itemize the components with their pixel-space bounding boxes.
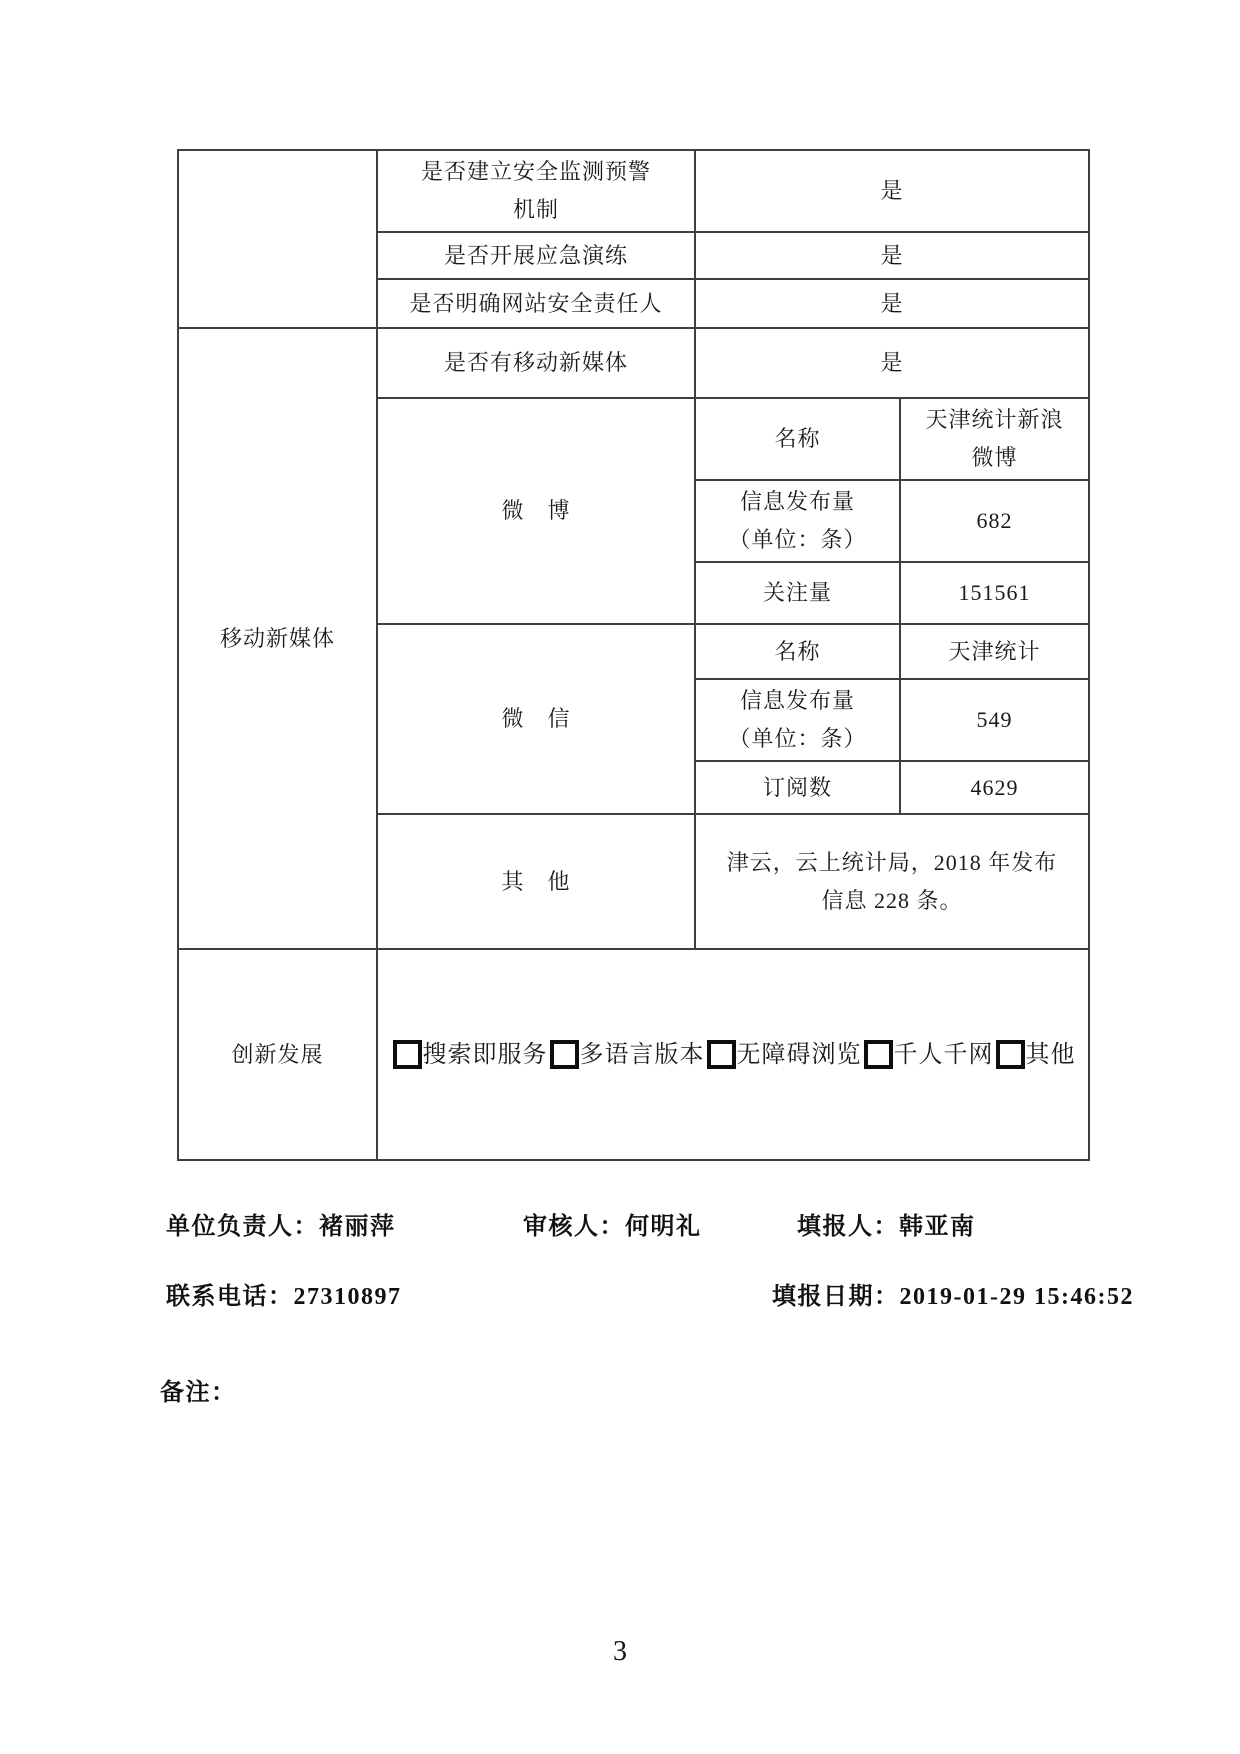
table-row: 创新发展 搜索即服务 多语言版本 无障碍浏览 千人千网 其他: [178, 949, 1089, 1160]
cell-weibo-name-label: 名称: [695, 398, 900, 480]
cell-emergency-drill-question: 是否开展应急演练: [377, 232, 695, 279]
cell-wechat-posts-value: 549: [900, 679, 1089, 761]
report-date-value: 2019-01-29 15:46:52: [900, 1284, 1134, 1310]
report-page: 是否建立安全监测预警 机制 是 是否开展应急演练 是 是否明确网站安全责任人 是…: [0, 0, 1240, 1754]
filler-label: 填报人：: [797, 1214, 899, 1240]
remarks-field: 备注：: [160, 1372, 237, 1407]
cell-section-innovation: 创新发展: [178, 949, 377, 1160]
reviewer-label: 审核人：: [523, 1214, 625, 1240]
cell-weibo-followers-label: 关注量: [695, 562, 900, 624]
cell-weibo-name-value: 天津统计新浪 微博: [900, 398, 1089, 480]
report-date-label: 填报日期：: [772, 1284, 900, 1310]
table-row: 是否建立安全监测预警 机制 是: [178, 150, 1089, 232]
cell-weibo-posts-value: 682: [900, 480, 1089, 562]
cell-section-mobile-media: 移动新媒体: [178, 328, 377, 949]
phone-label: 联系电话：: [166, 1284, 294, 1310]
innovation-option: 搜索即服务: [391, 1036, 548, 1074]
unit-head-field: 单位负责人：褚丽萍: [166, 1206, 396, 1241]
cell-emergency-drill-answer: 是: [695, 232, 1089, 279]
filler-field: 填报人：韩亚南: [797, 1206, 976, 1241]
cell-innovation-options: 搜索即服务 多语言版本 无障碍浏览 千人千网 其他: [377, 949, 1089, 1160]
innovation-option: 千人千网: [862, 1036, 994, 1074]
cell-other-media-label: 其 他: [377, 814, 695, 949]
checkbox-other-icon: [996, 1040, 1025, 1069]
cell-wechat-group: 微 信: [377, 624, 695, 814]
report-date-field: 填报日期：2019-01-29 15:46:52: [772, 1276, 1134, 1311]
cell-security-monitoring-answer: 是: [695, 150, 1089, 232]
cell-weibo-group: 微 博: [377, 398, 695, 624]
checkbox-label: 其他: [1026, 1036, 1076, 1074]
annual-report-table: 是否建立安全监测预警 机制 是 是否开展应急演练 是 是否明确网站安全责任人 是…: [177, 149, 1090, 1161]
phone-value: 27310897: [294, 1284, 402, 1310]
reviewer-field: 审核人：何明礼: [523, 1206, 702, 1241]
innovation-option: 其他: [994, 1036, 1076, 1074]
cell-weibo-posts-label: 信息发布量 （单位：条）: [695, 480, 900, 562]
reviewer-value: 何明礼: [625, 1214, 702, 1240]
cell-weibo-followers-value: 151561: [900, 562, 1089, 624]
unit-head-value: 褚丽萍: [319, 1214, 396, 1240]
innovation-option: 无障碍浏览: [705, 1036, 862, 1074]
cell-security-responsible-question: 是否明确网站安全责任人: [377, 279, 695, 328]
cell-wechat-posts-label: 信息发布量 （单位：条）: [695, 679, 900, 761]
cell-wechat-name-label: 名称: [695, 624, 900, 679]
checkbox-search-as-service-icon: [393, 1040, 422, 1069]
phone-field: 联系电话：27310897: [166, 1276, 402, 1311]
cell-security-responsible-answer: 是: [695, 279, 1089, 328]
table-row: 移动新媒体 是否有移动新媒体 是: [178, 328, 1089, 398]
checkbox-label: 搜索即服务: [423, 1036, 548, 1074]
innovation-option: 多语言版本: [548, 1036, 705, 1074]
checkbox-label: 多语言版本: [580, 1036, 705, 1074]
filler-value: 韩亚南: [899, 1214, 976, 1240]
unit-head-label: 单位负责人：: [166, 1214, 319, 1240]
cell-wechat-name-value: 天津统计: [900, 624, 1089, 679]
checkbox-multilingual-icon: [550, 1040, 579, 1069]
cell-section-continuation-blank: [178, 150, 377, 328]
checkbox-label: 无障碍浏览: [737, 1036, 862, 1074]
cell-wechat-subscribers-value: 4629: [900, 761, 1089, 814]
checkbox-accessibility-icon: [707, 1040, 736, 1069]
cell-has-mobile-media-answer: 是: [695, 328, 1089, 398]
cell-other-media-value: 津云，云上统计局，2018 年发布 信息 228 条。: [695, 814, 1089, 949]
page-number: 3: [0, 1636, 1240, 1668]
checkbox-personalization-icon: [864, 1040, 893, 1069]
cell-has-mobile-media-question: 是否有移动新媒体: [377, 328, 695, 398]
checkbox-label: 千人千网: [894, 1036, 994, 1074]
innovation-options-row: 搜索即服务 多语言版本 无障碍浏览 千人千网 其他: [386, 1036, 1080, 1074]
cell-wechat-subscribers-label: 订阅数: [695, 761, 900, 814]
cell-security-monitoring-question: 是否建立安全监测预警 机制: [377, 150, 695, 232]
